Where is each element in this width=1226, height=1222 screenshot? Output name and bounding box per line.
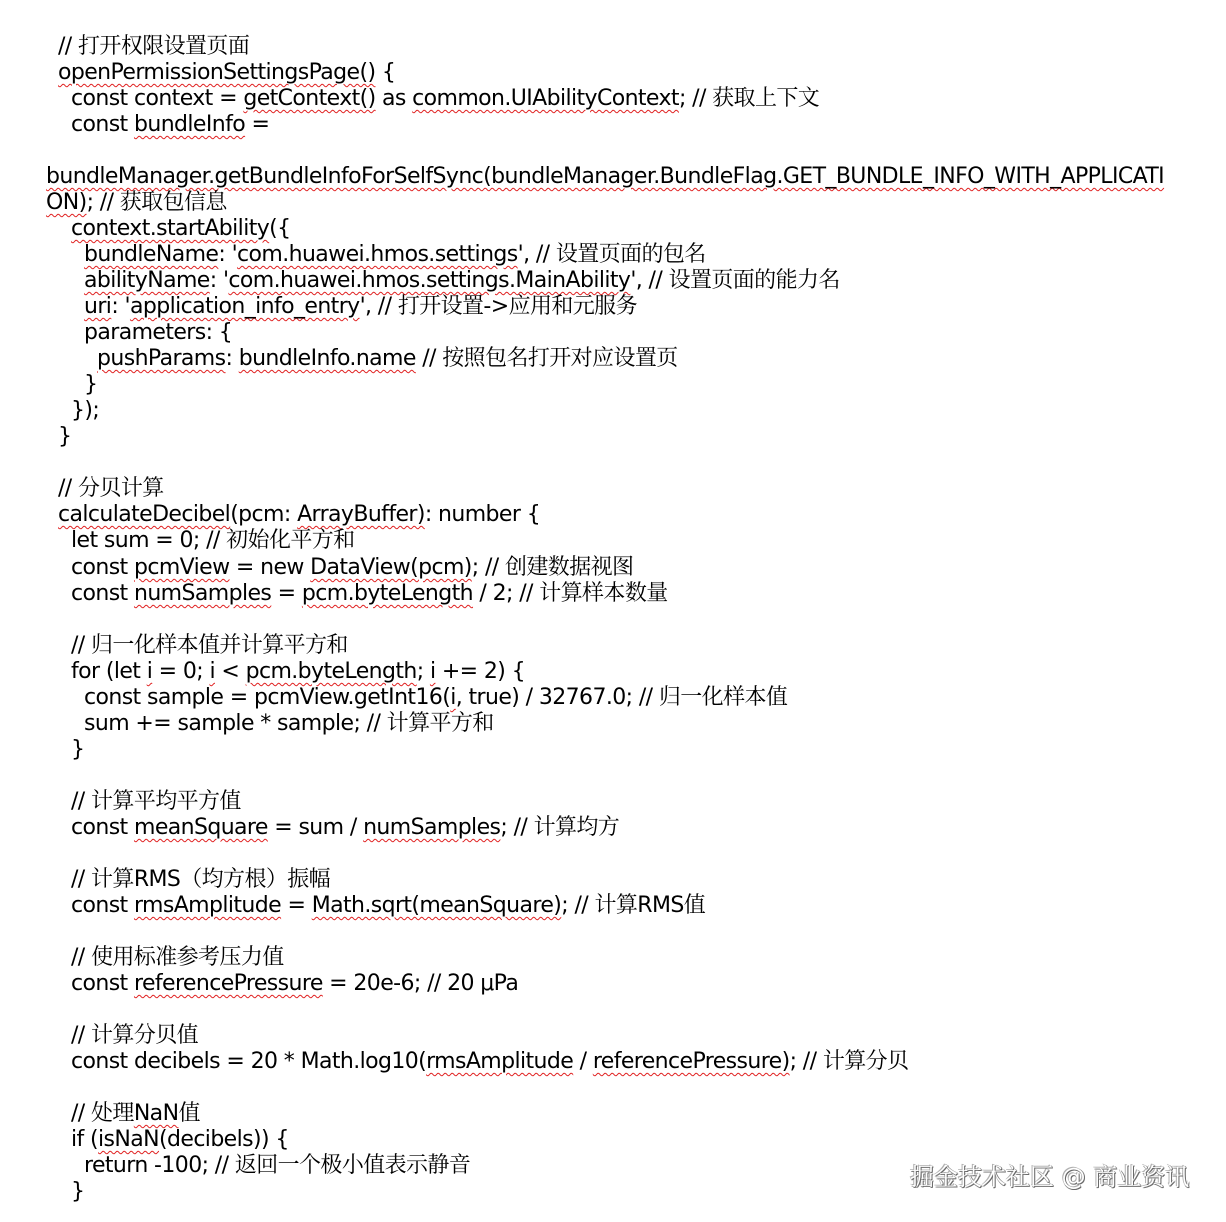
code-line: const bundleInfo = (71, 112, 269, 138)
spellcheck-flagged-text: meanSquare (134, 815, 268, 840)
code-line: calculateDecibel(pcm: ArrayBuffer): numb… (58, 502, 540, 528)
spellcheck-flagged-text: NaN (134, 1101, 179, 1126)
code-line: // 计算分贝值 (71, 1023, 198, 1049)
code-line: return -100; // 返回一个极小值表示静音 (84, 1153, 470, 1179)
spellcheck-flagged-text: com.huawei.hmos.settings (237, 242, 518, 267)
spellcheck-flagged-text: Math.sqrt(meanSquare) (312, 893, 562, 918)
code-text: const (71, 815, 134, 840)
code-text: ; // 获取上下文 (679, 86, 819, 111)
spellcheck-flagged-text: pcm.byteLength (302, 581, 473, 606)
code-text: const (71, 112, 134, 137)
code-line: // 打开权限设置页面 (58, 34, 249, 60)
code-line: // 分贝计算 (58, 476, 164, 502)
code-text: // 分贝计算 (58, 476, 164, 501)
spellcheck-flagged-text: rmsAmplitude (134, 893, 281, 918)
code-line: parameters: { (84, 320, 232, 346)
code-text: { (375, 60, 395, 85)
code-text: }); (71, 398, 99, 423)
code-line: const sample = pcmView.getInt16(i, true)… (84, 685, 787, 711)
code-text: const (71, 555, 134, 580)
code-text: ({ (269, 216, 290, 241)
code-line: pushParams: bundleInfo.name // 按照包名打开对应设… (97, 346, 678, 372)
spellcheck-flagged-text: ArrayBuffer) (297, 502, 425, 527)
code-text: = 0; (152, 659, 209, 684)
watermark: 掘金技术社区 @ 商业资讯 (910, 1162, 1189, 1192)
spellcheck-flagged-text: openPermissionSettingsPage() (58, 60, 375, 85)
code-text: // 处理 (71, 1101, 134, 1126)
code-text: : ' (111, 294, 130, 319)
spellcheck-flagged-text: com.huawei.hmos.settings.MainAbility (228, 268, 630, 293)
code-text: ; // 获取包信息 (87, 190, 227, 215)
code-text: const (71, 581, 134, 606)
code-text: // 按照包名打开对应设置页 (416, 346, 678, 371)
code-text: : number { (425, 502, 540, 527)
code-line: let sum = 0; // 初始化平方和 (71, 528, 355, 554)
code-line: const decibels = 20 * Math.log10(rmsAmpl… (71, 1049, 908, 1075)
spellcheck-flagged-text: numSamples (363, 815, 500, 840)
spellcheck-flagged-text: rmsAmplitude (426, 1049, 573, 1074)
code-text: if ( (71, 1127, 98, 1152)
spellcheck-flagged-text: calculateDecibel (58, 502, 230, 527)
spellcheck-flagged-text: getContext() (243, 86, 375, 111)
code-line: bundleName: 'com.huawei.hmos.settings', … (84, 242, 706, 268)
spellcheck-flagged-text: bundleInfo.name (239, 346, 416, 371)
code-text: // 计算平均平方值 (71, 789, 241, 814)
code-line: // 处理NaN值 (71, 1101, 200, 1127)
code-text: const (71, 971, 134, 996)
spellcheck-flagged-text: bundleName (84, 242, 218, 267)
code-line: for (let i = 0; i < pcm.byteLength; i +=… (71, 659, 525, 685)
code-line: // 使用标准参考压力值 (71, 945, 284, 971)
spellcheck-flagged-text: context.startAbility (71, 216, 269, 241)
code-text: let sum = 0; // 初始化平方和 (71, 528, 355, 553)
code-line: context.startAbility({ (71, 216, 291, 242)
code-text: , true) / 32767.0; // 归一化样本值 (456, 685, 788, 710)
code-text: < (215, 659, 246, 684)
spellcheck-flagged-text: uri (84, 294, 111, 319)
code-text: // 归一化样本值并计算平方和 (71, 633, 348, 658)
code-text: } (71, 737, 84, 762)
code-text: = 20e-6; // 20 μPa (323, 971, 518, 996)
code-line: }); (71, 398, 99, 424)
spellcheck-flagged-text: abilityName (84, 268, 210, 293)
code-text: : (226, 346, 239, 371)
code-text: = new (229, 555, 310, 580)
spellcheck-flagged-text: DataView(pcm) (310, 555, 472, 580)
code-text: } (84, 372, 97, 397)
code-line: } (71, 737, 84, 763)
code-text: as (376, 86, 413, 111)
code-line: abilityName: 'com.huawei.hmos.settings.M… (84, 268, 840, 294)
code-text: } (58, 424, 71, 449)
code-text: 值 (178, 1101, 199, 1126)
code-line: // 计算平均平方值 (71, 789, 241, 815)
code-text: / (573, 1049, 593, 1074)
code-line: const pcmView = new DataView(pcm); // 创建… (71, 555, 633, 581)
code-text: } (71, 1179, 84, 1204)
spellcheck-flagged-text: ON) (46, 190, 87, 215)
code-line: } (58, 424, 71, 450)
code-line: openPermissionSettingsPage() { (58, 60, 395, 86)
code-text: const decibels = 20 * Math.log10( (71, 1049, 426, 1074)
spellcheck-flagged-text: application_info_entry (130, 294, 360, 319)
code-line: // 归一化样本值并计算平方和 (71, 633, 348, 659)
code-text: = (281, 893, 312, 918)
code-line: if (isNaN(decibels)) { (71, 1127, 289, 1153)
spellcheck-flagged-text: bundleInfo (134, 112, 245, 137)
spellcheck-flagged-text: common.UIAbilityContext (412, 86, 679, 111)
code-line: const numSamples = pcm.byteLength / 2; /… (71, 581, 668, 607)
code-text: = (271, 581, 302, 606)
spellcheck-flagged-text: pcm.byteLength (246, 659, 417, 684)
code-text: return -100; // 返回一个极小值表示静音 (84, 1153, 470, 1178)
code-text: ; // 计算均方 (500, 815, 619, 840)
code-text: const sample = pcmView.getInt16( (84, 685, 450, 710)
code-text: (pcm: (230, 502, 297, 527)
code-text: / 2; // 计算样本数量 (473, 581, 668, 606)
code-text: ; // 创建数据视图 (472, 555, 634, 580)
spellcheck-flagged-text: pcmView (134, 555, 230, 580)
code-text: ', // 设置页面的能力名 (630, 268, 839, 293)
code-line: const rmsAmplitude = Math.sqrt(meanSquar… (71, 893, 705, 919)
code-text: : ' (210, 268, 229, 293)
code-text: const context = (71, 86, 243, 111)
code-text: // 计算RMS（均方根）振幅 (71, 867, 330, 892)
code-text: ', // 打开设置->应用和元服务 (360, 294, 637, 319)
spellcheck-flagged-text: bundleManager.getBundleInfoForSelfSync(b… (46, 164, 1164, 189)
document-page: // 打开权限设置页面openPermissionSettingsPage() … (0, 0, 1226, 1222)
code-text: // 计算分贝值 (71, 1023, 198, 1048)
code-line: const referencePressure = 20e-6; // 20 μ… (71, 971, 518, 997)
code-line: uri: 'application_info_entry', // 打开设置->… (84, 294, 637, 320)
code-line: ON); // 获取包信息 (46, 190, 227, 216)
code-text: : ' (218, 242, 237, 267)
code-line: bundleManager.getBundleInfoForSelfSync(b… (46, 164, 1164, 190)
code-text: ', // 设置页面的包名 (518, 242, 706, 267)
code-text: sum += sample * sample; // 计算平方和 (84, 711, 494, 736)
code-line: } (71, 1179, 84, 1205)
code-text: ; (417, 659, 430, 684)
code-line: sum += sample * sample; // 计算平方和 (84, 711, 494, 737)
code-text: += 2) { (435, 659, 525, 684)
code-text: const (71, 893, 134, 918)
spellcheck-flagged-text: pushParams (97, 346, 226, 371)
code-text: for (let (71, 659, 147, 684)
code-line: const context = getContext() as common.U… (71, 86, 819, 112)
spellcheck-flagged-text: referencePressure) (593, 1049, 790, 1074)
code-text: = (245, 112, 269, 137)
code-line: const meanSquare = sum / numSamples; // … (71, 815, 619, 841)
code-text: // 使用标准参考压力值 (71, 945, 284, 970)
spellcheck-flagged-text: isNaN (98, 1127, 159, 1152)
spellcheck-flagged-text: referencePressure (134, 971, 323, 996)
code-line: } (84, 372, 97, 398)
code-text: // 打开权限设置页面 (58, 34, 249, 59)
code-line: // 计算RMS（均方根）振幅 (71, 867, 330, 893)
spellcheck-flagged-text: numSamples (134, 581, 271, 606)
code-text: parameters: { (84, 320, 232, 345)
code-text: ; // 计算RMS值 (561, 893, 705, 918)
code-text: = sum / (268, 815, 363, 840)
code-text: (decibels)) { (159, 1127, 289, 1152)
code-text: ; // 计算分贝 (790, 1049, 909, 1074)
